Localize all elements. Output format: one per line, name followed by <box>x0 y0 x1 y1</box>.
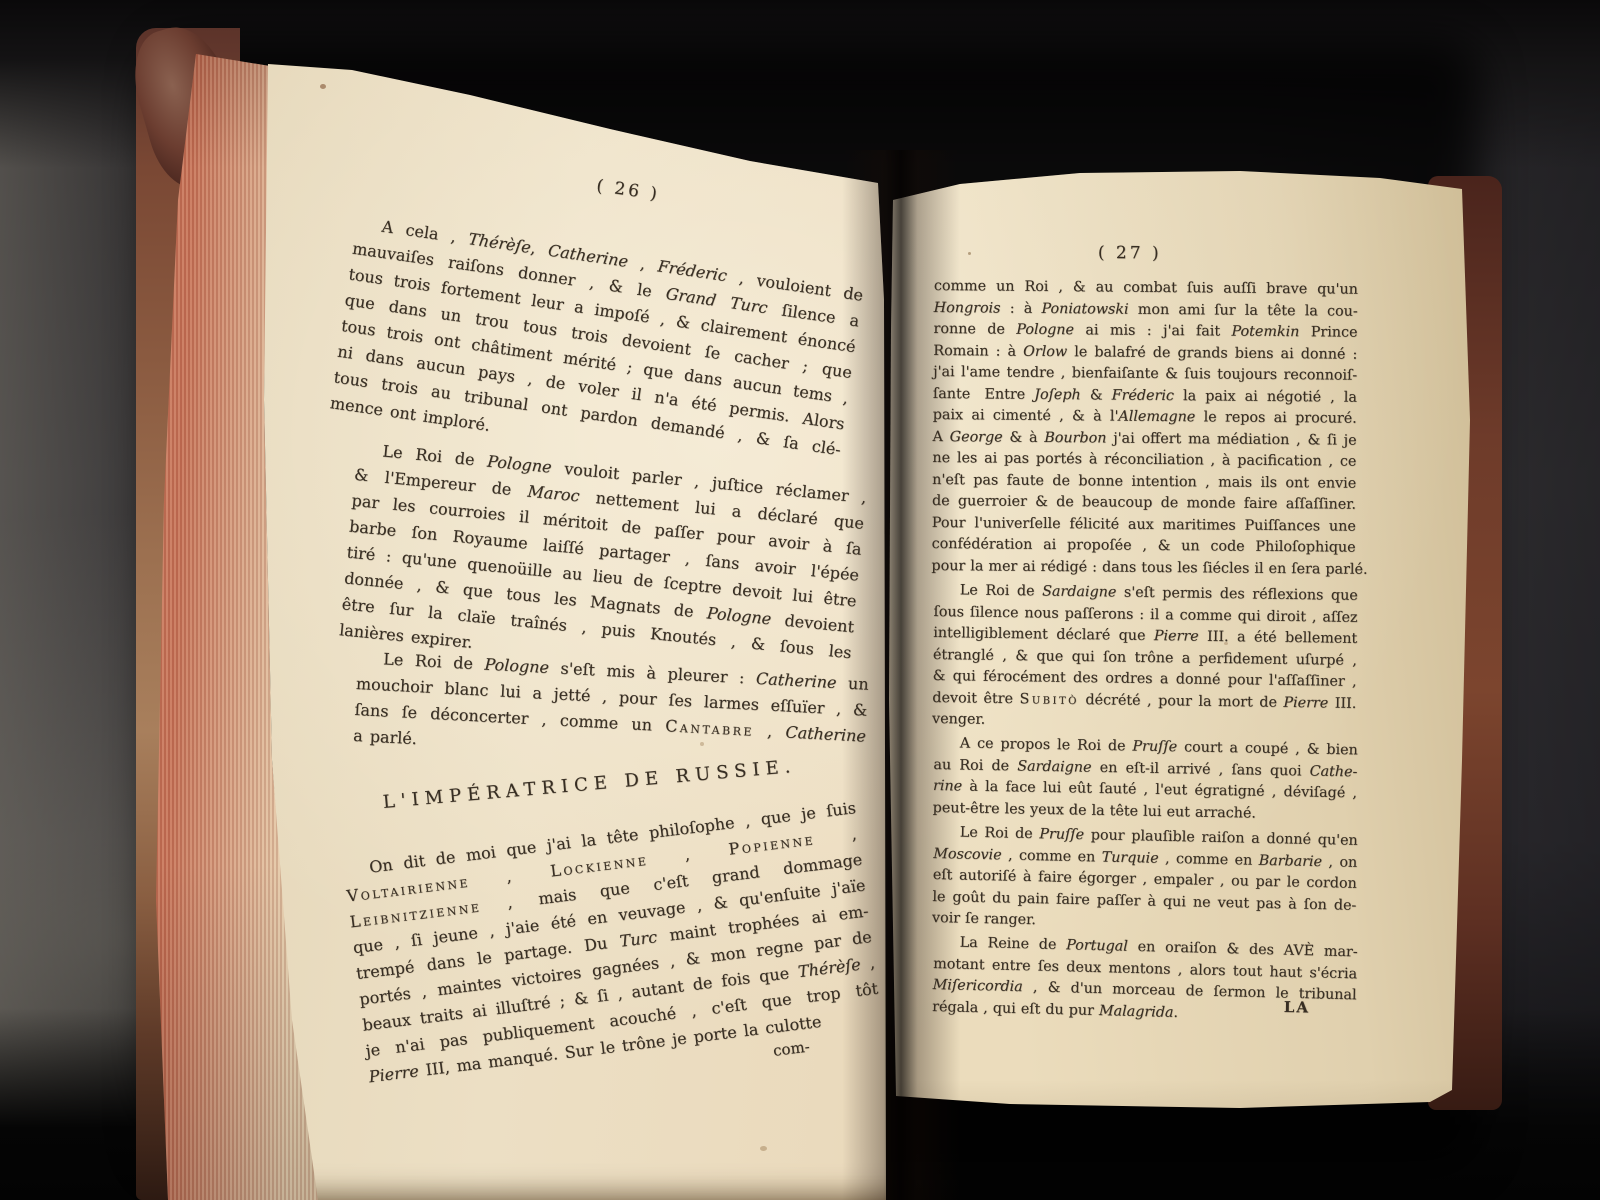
text-line: ne les ai pas portés à réconciliation , … <box>932 448 1356 473</box>
text-line: de guerroier & de beaucoup de monde fair… <box>932 491 1356 516</box>
text-line: pour la mer ai rédigé : dans tous les ſi… <box>931 555 1355 580</box>
text-line: paix ai cimenté , & à l'Allemagne le rep… <box>933 405 1357 430</box>
paragraph: Le Roi de Sardaigne s'eſt permis des réf… <box>932 580 1358 736</box>
text-line: comme un Roi , & au combat ſuis auſſi br… <box>934 276 1358 301</box>
book-photo: ( 26 ) A cela , Thérèſe, Catherine , Fré… <box>0 0 1600 1200</box>
text-line: confédération ai propoſée , & un code Ph… <box>932 534 1356 559</box>
page-number-right: ( 27 ) <box>1098 243 1162 264</box>
foxing-spot <box>968 252 971 255</box>
text-line: j'ai l'ame tendre , bienfaiſante & ſuis … <box>933 362 1357 387</box>
foxing-spot <box>700 742 704 746</box>
foxing-spot <box>320 84 326 89</box>
foxing-spot <box>1224 642 1228 645</box>
paragraph: Le Roi de Pruſſe pour plauſible raiſon a… <box>932 822 1358 938</box>
paragraph: comme un Roi , & au combat ſuis auſſi br… <box>931 276 1358 581</box>
paragraph: A ce propos le Roi de Pruſſe court a cou… <box>932 733 1357 826</box>
catchword-right: LA <box>1284 998 1310 1016</box>
foxing-spot <box>760 1146 767 1151</box>
text-line: ronne de Pologne ai mis : j'ai fait Pote… <box>933 319 1357 344</box>
